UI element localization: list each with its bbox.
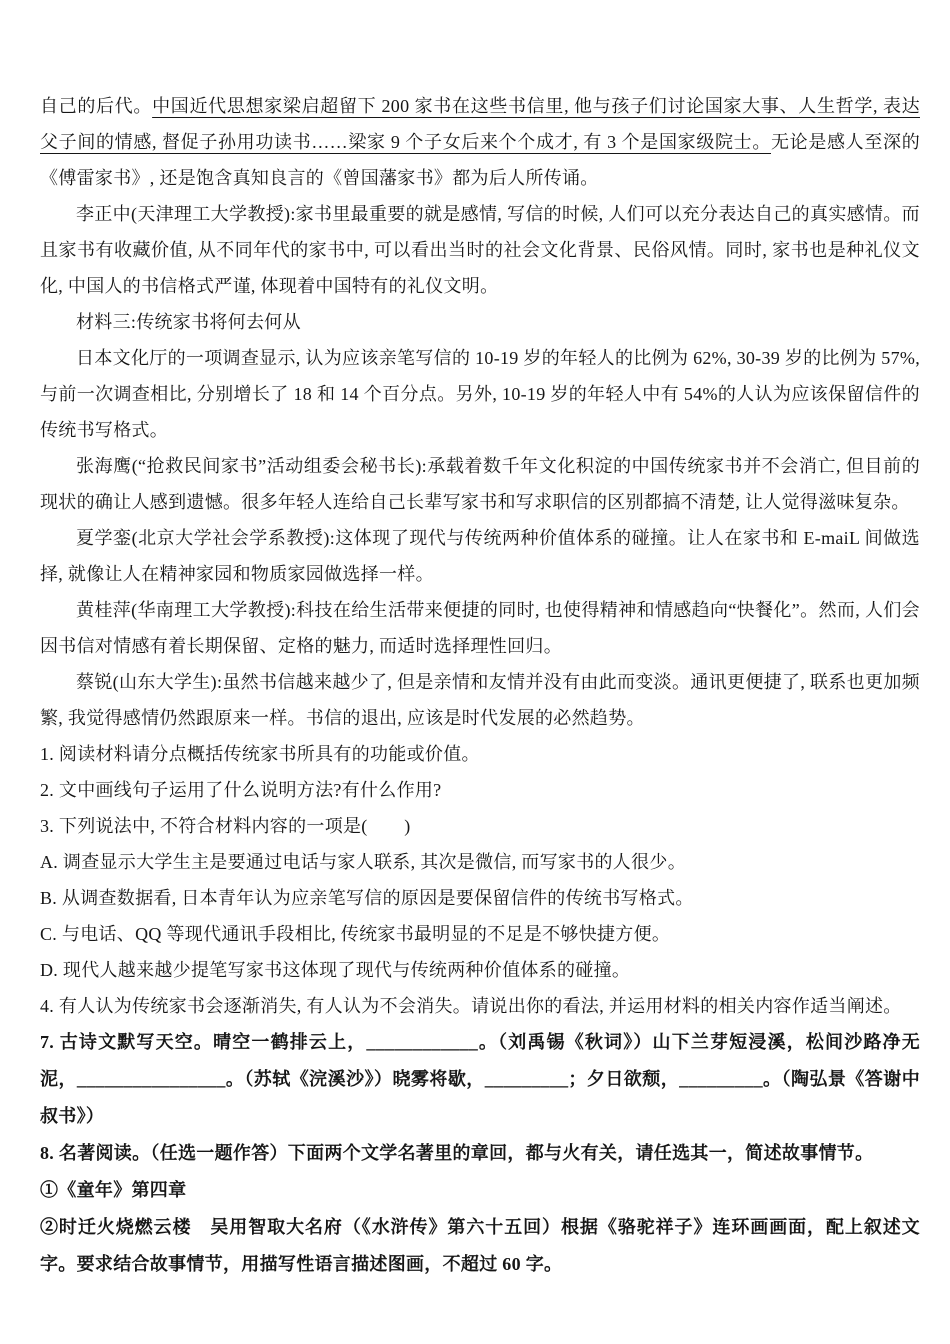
- paragraph-japan-survey: 日本文化厅的一项调查显示, 认为应该亲笔写信的 10-19 岁的年轻人的比例为 …: [40, 340, 920, 448]
- question-3-option-d: D. 现代人越来越少提笔写家书这体现了现代与传统两种价值体系的碰撞。: [40, 952, 920, 988]
- paragraph-zhanghaiying: 张海鹰(“抢救民间家书”活动组委会秘书长):承载着数千年文化积淀的中国传统家书并…: [40, 448, 920, 520]
- paragraph-huangguiping: 黄桂萍(华南理工大学教授):科技在给生活带来便捷的同时, 也使得精神和情感趋向“…: [40, 592, 920, 664]
- question-3-option-b: B. 从调查数据看, 日本青年认为应亲笔写信的原因是要保留信件的传统书写格式。: [40, 880, 920, 916]
- question-3-option-c: C. 与电话、QQ 等现代通讯手段相比, 传统家书最明显的不足是不够快捷方便。: [40, 916, 920, 952]
- question-1: 1. 阅读材料请分点概括传统家书所具有的功能或价值。: [40, 736, 920, 772]
- question-7-dictation: 7. 古诗文默写天空。晴空一鹤排云上，____________。（刘禹锡《秋词》…: [40, 1024, 920, 1135]
- question-4: 4. 有人认为传统家书会逐渐消失, 有人认为不会消失。请说出你的看法, 并运用材…: [40, 988, 920, 1024]
- question-2: 2. 文中画线句子运用了什么说明方法?有什么作用?: [40, 772, 920, 808]
- text-before-underline: 自己的后代。: [40, 96, 152, 116]
- paragraph-cairui: 蔡锐(山东大学生):虽然书信越来越少了, 但是亲情和友情并没有由此而变淡。通讯更…: [40, 664, 920, 736]
- paragraph-xiaxueluan: 夏学銮(北京大学社会学系教授):这体现了现代与传统两种价值体系的碰撞。让人在家书…: [40, 520, 920, 592]
- material-three-heading: 材料三:传统家书将何去何从: [40, 304, 920, 340]
- material-paragraph-continued: 自己的后代。中国近代思想家梁启超留下 200 家书在这些书信里, 他与孩子们讨论…: [40, 88, 920, 196]
- paragraph-expert-lizhengzhong: 李正中(天津理工大学教授):家书里最重要的就是感情, 写信的时候, 人们可以充分…: [40, 196, 920, 304]
- question-8-reading: 8. 名著阅读。（任选一题作答）下面两个文学名著里的章回，都与火有关，请任选其一…: [40, 1135, 920, 1172]
- question-3-option-a: A. 调查显示大学生主是要通过电话与家人联系, 其次是微信, 而写家书的人很少。: [40, 844, 920, 880]
- question-8-choice-1: ①《童年》第四章: [40, 1172, 920, 1209]
- question-3: 3. 下列说法中, 不符合材料内容的一项是( ): [40, 808, 920, 844]
- exam-document-page: 自己的后代。中国近代思想家梁启超留下 200 家书在这些书信里, 他与孩子们讨论…: [0, 0, 950, 1344]
- question-8-choice-2: ②时迁火烧燃云楼 吴用智取大名府（《水浒传》第六十五回）根据《骆驼祥子》连环画画…: [40, 1209, 920, 1283]
